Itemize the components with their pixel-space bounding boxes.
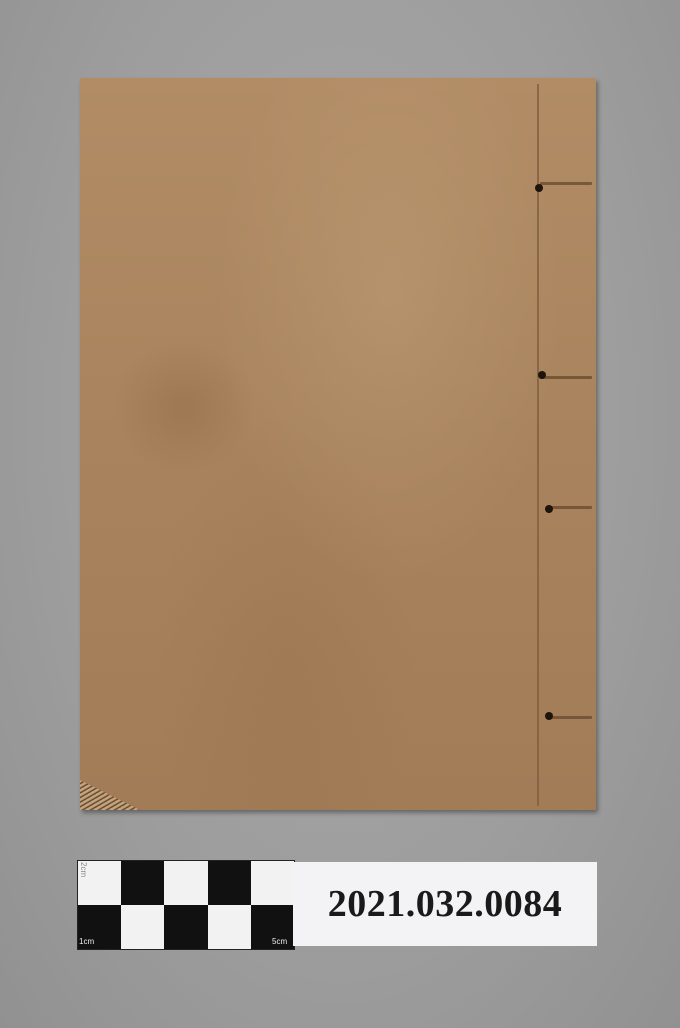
catalog-number: 2021.032.0084: [328, 882, 563, 926]
scale-label-left: 1cm: [79, 937, 94, 946]
scale-label-top: 2cm: [79, 862, 88, 877]
scale-label-right: 5cm: [272, 937, 287, 946]
catalog-label: 2021.032.0084: [293, 862, 597, 946]
binding-stitch: [540, 376, 592, 379]
worn-corner: [80, 780, 140, 810]
spine-fold-line: [537, 84, 539, 806]
binding-stitch: [548, 716, 592, 719]
binding-hole: [545, 712, 553, 720]
book-cover: [80, 78, 596, 810]
binding-stitch: [540, 182, 592, 185]
color-scale-bar: [77, 860, 295, 950]
binding-hole: [538, 371, 546, 379]
binding-hole: [535, 184, 543, 192]
binding-hole: [545, 505, 553, 513]
